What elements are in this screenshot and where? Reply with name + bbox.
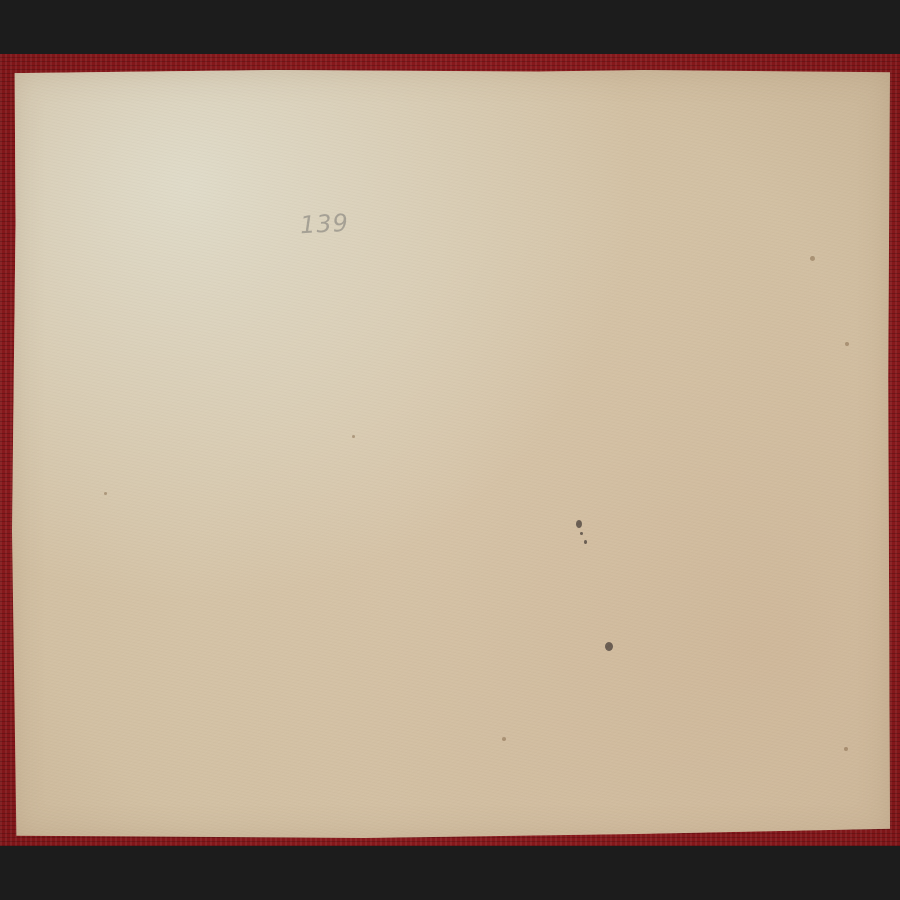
- paper-sheet: 139: [12, 70, 890, 838]
- ink-spot: [584, 540, 587, 544]
- stain-spot: [810, 256, 815, 261]
- ink-spot: [576, 520, 582, 528]
- stain-spot: [502, 737, 506, 741]
- stain-spot: [844, 747, 848, 751]
- stain-spot: [104, 492, 107, 495]
- stain-spot: [352, 435, 355, 438]
- stain-spot: [845, 342, 849, 346]
- handwritten-page-number: 139: [299, 209, 349, 240]
- ink-spot: [580, 532, 583, 535]
- ink-spot: [605, 642, 613, 651]
